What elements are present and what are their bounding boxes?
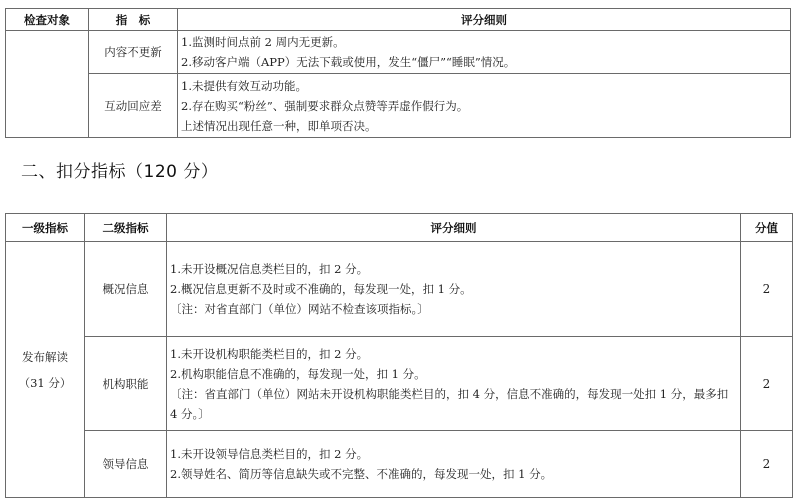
rule-line: 1.监测时间点前 2 周内无更新。: [181, 32, 790, 52]
rules-cell: 1.监测时间点前 2 周内无更新。 2.移动客户端（APP）无法下载或使用，发生…: [178, 31, 791, 74]
rules-cell: 1.未开设领导信息类栏目的，扣 2 分。 2.领导姓名、简历等信息缺失或不完整、…: [167, 431, 741, 498]
check-object-cell: [6, 31, 89, 138]
table-row: 内容不更新 1.监测时间点前 2 周内无更新。 2.移动客户端（APP）无法下载…: [6, 31, 791, 74]
level2-indicator-cell: 领导信息: [85, 431, 167, 498]
table-row: 机构职能 1.未开设机构职能类栏目的，扣 2 分。 2.机构职能信息不准确的，每…: [6, 337, 793, 431]
rule-line: 2.概况信息更新不及时或不准确的，每发现一处，扣 1 分。: [170, 279, 740, 299]
rules-cell: 1.未开设机构职能类栏目的，扣 2 分。 2.机构职能信息不准确的，每发现一处，…: [167, 337, 741, 431]
header-scoring-rules: 评分细则: [178, 9, 791, 31]
table-row: 互动回应差 1.未提供有效互动功能。 2.存在购买“粉丝”、强制要求群众点赞等弄…: [6, 74, 791, 138]
header-check-object: 检查对象: [6, 9, 89, 31]
header-level2-indicator: 二级指标: [85, 214, 167, 242]
indicator-cell: 内容不更新: [89, 31, 178, 74]
rule-line: 2.机构职能信息不准确的，每发现一处，扣 1 分。: [170, 364, 740, 384]
table-header-row: 一级指标 二级指标 评分细则 分值: [6, 214, 793, 242]
table-row: 发布解读 （31 分） 概况信息 1.未开设概况信息类栏目的，扣 2 分。 2.…: [6, 242, 793, 337]
rule-line: 2.领导姓名、简历等信息缺失或不完整、不准确的，每发现一处，扣 1 分。: [170, 464, 740, 484]
header-scoring-rules: 评分细则: [167, 214, 741, 242]
rule-line: 1.未开设机构职能类栏目的，扣 2 分。: [170, 344, 740, 364]
score-cell: 2: [741, 242, 793, 337]
rule-line: 1.未开设领导信息类栏目的，扣 2 分。: [170, 444, 740, 464]
rule-line: 上述情况出现任意一种，即单项否决。: [181, 116, 790, 136]
table-header-row: 检查对象 指 标 评分细则: [6, 9, 791, 31]
deduction-indicator-table: 一级指标 二级指标 评分细则 分值 发布解读 （31 分） 概况信息 1.未开设…: [5, 213, 793, 498]
rules-cell: 1.未开设概况信息类栏目的，扣 2 分。 2.概况信息更新不及时或不准确的，每发…: [167, 242, 741, 337]
veto-indicator-table: 检查对象 指 标 评分细则 内容不更新 1.监测时间点前 2 周内无更新。 2.…: [5, 8, 791, 138]
rule-line: 〔注：对省直部门（单位）网站不检查该项指标。〕: [170, 299, 740, 319]
group-points: （31 分）: [6, 370, 84, 396]
score-cell: 2: [741, 337, 793, 431]
header-indicator: 指 标: [89, 9, 178, 31]
level2-indicator-cell: 机构职能: [85, 337, 167, 431]
rule-line: 〔注：省直部门（单位）网站未开设机构职能类栏目的，扣 4 分，信息不准确的，每发…: [170, 384, 740, 404]
indicator-cell: 互动回应差: [89, 74, 178, 138]
rule-line: 1.未提供有效互动功能。: [181, 76, 790, 96]
rule-line: 1.未开设概况信息类栏目的，扣 2 分。: [170, 259, 740, 279]
rule-line: 4 分。〕: [170, 404, 740, 424]
rules-cell: 1.未提供有效互动功能。 2.存在购买“粉丝”、强制要求群众点赞等弄虚作假行为。…: [178, 74, 791, 138]
score-cell: 2: [741, 431, 793, 498]
header-level1-indicator: 一级指标: [6, 214, 85, 242]
rule-line: 2.移动客户端（APP）无法下载或使用，发生“僵尸”“睡眠”情况。: [181, 52, 790, 72]
table-row: 领导信息 1.未开设领导信息类栏目的，扣 2 分。 2.领导姓名、简历等信息缺失…: [6, 431, 793, 498]
rule-line: 2.存在购买“粉丝”、强制要求群众点赞等弄虚作假行为。: [181, 96, 790, 116]
level1-indicator-cell: 发布解读 （31 分）: [6, 242, 85, 498]
level2-indicator-cell: 概况信息: [85, 242, 167, 337]
header-score: 分值: [741, 214, 793, 242]
group-name: 发布解读: [6, 344, 84, 370]
section-heading: 二、扣分指标（120 分）: [21, 157, 218, 182]
